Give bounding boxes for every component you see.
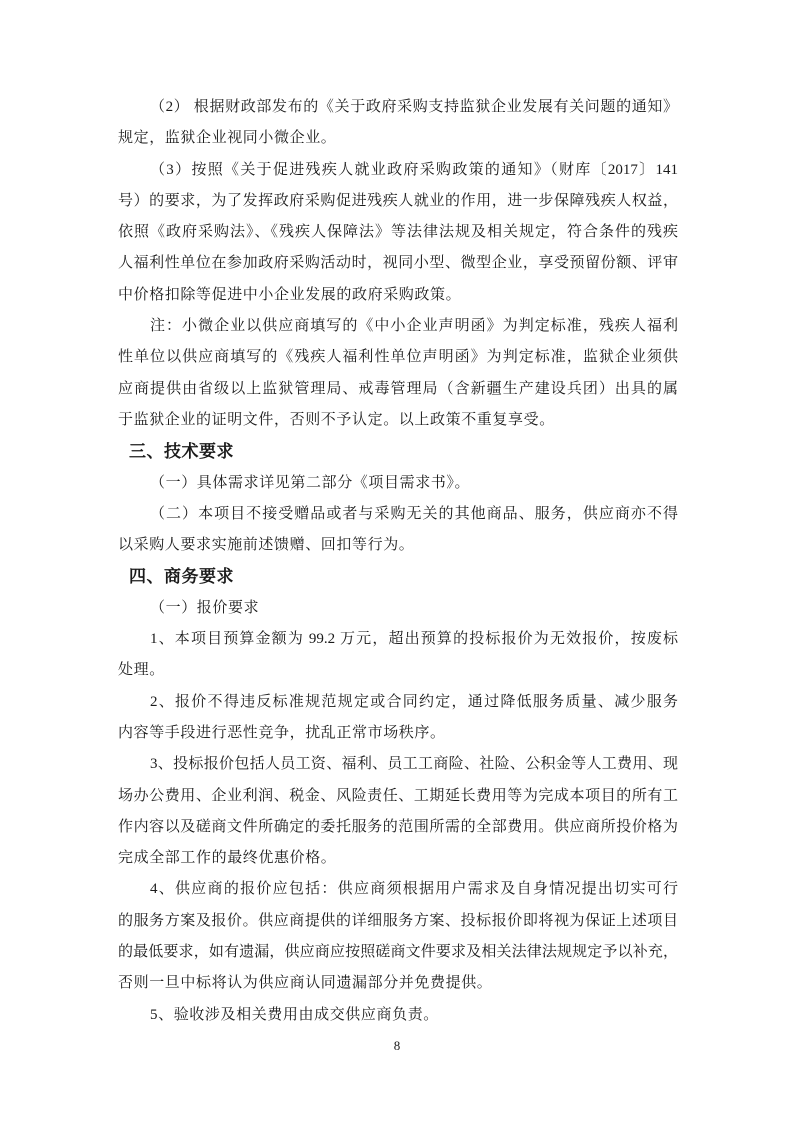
note-line: 于监狱企业的证明文件，否则不予认定。以上政策不重复享受。 — [118, 405, 678, 436]
para-3-line: （3）按照《关于促进残疾人就业政府采购政策的通知》（财库〔2017〕141 — [118, 155, 678, 186]
tech-item-line: 以采购人要求实施前述馈赠、回扣等行为。 — [118, 530, 678, 561]
quote-item-4-line: 否则一旦中标将认为供应商认同遗漏部分并免费提供。 — [118, 968, 678, 999]
quote-item-3-line: 完成全部工作的最终优惠价格。 — [118, 843, 678, 874]
tech-item-line: （一）具体需求详见第二部分《项目需求书》。 — [118, 468, 678, 499]
note-line: 性单位以供应商填写的《残疾人福利性单位声明函》为判定标准，监狱企业须供 — [118, 342, 678, 373]
quote-item-3-line: 3、投标报价包括人员工资、福利、员工工商险、社险、公积金等人工费用、现 — [118, 749, 678, 780]
quote-item-1-line: 处理。 — [118, 655, 678, 686]
para-3-line: 号）的要求，为了发挥政府采购促进残疾人就业的作用，进一步保障残疾人权益， — [118, 186, 678, 217]
quote-item-5-line: 5、验收涉及相关费用由成交供应商负责。 — [118, 1000, 678, 1031]
section-heading-technical: 三、技术要求 — [118, 436, 678, 467]
quote-item-3-line: 作内容以及磋商文件所确定的委托服务的范围所需的全部费用。供应商所投价格为 — [118, 812, 678, 843]
para-2-line: （2） 根据财政部发布的《关于政府采购支持监狱企业发展有关问题的通知》 — [118, 92, 678, 123]
para-2-line: 规定，监狱企业视同小微企业。 — [118, 123, 678, 154]
document-page: （2） 根据财政部发布的《关于政府采购支持监狱企业发展有关问题的通知》规定，监狱… — [0, 0, 794, 1122]
para-3-line: 中价格扣除等促进中小企业发展的政府采购政策。 — [118, 280, 678, 311]
quote-item-4-line: 4、供应商的报价应包括：供应商须根据用户需求及自身情况提出切实可行 — [118, 874, 678, 905]
quote-item-4-line: 的服务方案及报价。供应商提供的详细服务方案、投标报价即将视为保证上述项目 — [118, 906, 678, 937]
quote-item-1-line: 1、本项目预算金额为 99.2 万元，超出预算的投标报价为无效报价，按废标 — [118, 624, 678, 655]
para-3-line: 人福利性单位在参加政府采购活动时，视同小型、微型企业，享受预留份额、评审 — [118, 248, 678, 279]
note-line: 注：小微企业以供应商填写的《中小企业声明函》为判定标准，残疾人福利 — [118, 311, 678, 342]
quote-subheading: （一）报价要求 — [118, 593, 678, 624]
para-3-line: 依照《政府采购法》、《残疾人保障法》等法律法规及相关规定，符合条件的残疾 — [118, 217, 678, 248]
tech-item-line: （二）本项目不接受赠品或者与采购无关的其他商品、服务，供应商亦不得 — [118, 499, 678, 530]
text-block: （2） 根据财政部发布的《关于政府采购支持监狱企业发展有关问题的通知》规定，监狱… — [118, 92, 678, 1031]
page-number: 8 — [0, 1036, 794, 1056]
quote-item-2-line: 2、报价不得违反标准规范规定或合同约定，通过降低服务质量、减少服务 — [118, 687, 678, 718]
quote-item-4-line: 的最低要求，如有遗漏，供应商应按照磋商文件要求及相关法律法规规定予以补充， — [118, 937, 678, 968]
quote-item-3-line: 场办公费用、企业利润、税金、风险责任、工期延长费用等为完成本项目的所有工 — [118, 781, 678, 812]
quote-item-2-line: 内容等手段进行恶性竞争，扰乱正常市场秩序。 — [118, 718, 678, 749]
note-line: 应商提供由省级以上监狱管理局、戒毒管理局（含新疆生产建设兵团）出具的属 — [118, 374, 678, 405]
section-heading-commercial: 四、商务要求 — [118, 561, 678, 592]
